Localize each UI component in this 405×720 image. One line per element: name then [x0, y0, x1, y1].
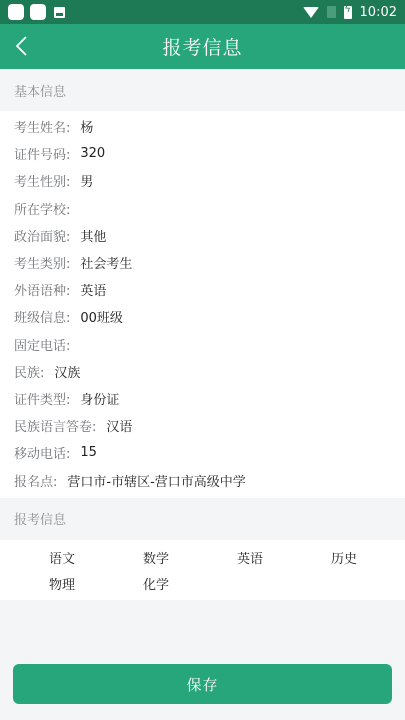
basic-info-card: 考生姓名:杨 证件号码:320 考生性别:男 所在学校: 政治面貌:其他 考生类… [0, 111, 405, 498]
field-row-foreign-language: 外语语种:英语 [0, 276, 405, 303]
basic-info-section-title: 基本信息 [0, 69, 405, 111]
exam-info-section-title: 报考信息 [0, 498, 405, 540]
page-title: 报考信息 [162, 33, 242, 60]
field-label: 报名点: [14, 471, 57, 490]
subject-item: 化学 [143, 574, 237, 594]
field-value: 社会考生 [80, 253, 132, 272]
field-row-registration-site: 报名点:营口市-市辖区-营口市高级中学 [0, 466, 405, 493]
field-row-political-status: 政治面貌:其他 [0, 222, 405, 249]
field-value: 男 [80, 171, 93, 190]
field-label: 外语语种: [14, 280, 70, 299]
field-row-id-type: 证件类型:身份证 [0, 385, 405, 412]
clock: 10:02 [360, 5, 397, 20]
field-label: 班级信息: [14, 307, 70, 326]
back-icon[interactable] [14, 36, 30, 56]
battery-charging-icon [344, 6, 352, 19]
notification-icon [30, 4, 46, 20]
field-value: 汉语 [106, 416, 132, 435]
save-button[interactable]: 保存 [13, 664, 392, 704]
field-value: 营口市-市辖区-营口市高级中学 [67, 471, 245, 490]
field-label: 民族: [14, 362, 44, 381]
no-sim-icon [327, 6, 336, 18]
field-value: 15 [80, 445, 97, 460]
field-row-school: 所在学校: [0, 195, 405, 222]
field-label: 固定电话: [14, 335, 70, 354]
field-row-id-number: 证件号码:320 [0, 140, 405, 167]
field-label: 考生类别: [14, 253, 70, 272]
title-bar: 报考信息 [0, 24, 405, 69]
field-label: 政治面貌: [14, 226, 70, 245]
subject-item: 语文 [49, 548, 143, 568]
image-notification-icon [54, 7, 65, 18]
field-value: 其他 [80, 226, 106, 245]
field-row-answer-language: 民族语言答卷:汉语 [0, 412, 405, 439]
field-value: 杨 [80, 117, 93, 136]
field-value: 00班级 [80, 307, 123, 326]
field-row-mobile: 移动电话:15 [0, 439, 405, 466]
wifi-icon [303, 7, 319, 18]
status-bar: 10:02 [0, 0, 405, 24]
field-value: 320 [80, 146, 105, 161]
field-label: 证件类型: [14, 389, 70, 408]
field-row-ethnicity: 民族:汉族 [0, 358, 405, 385]
field-row-name: 考生姓名:杨 [0, 113, 405, 140]
field-label: 移动电话: [14, 443, 70, 462]
subject-item: 物理 [49, 574, 143, 594]
subject-list: 语文 数学 英语 历史 物理 化学 [0, 540, 405, 600]
field-label: 证件号码: [14, 144, 70, 163]
field-row-landline: 固定电话: [0, 331, 405, 358]
field-value: 英语 [80, 280, 106, 299]
field-label: 考生性别: [14, 171, 70, 190]
field-label: 民族语言答卷: [14, 416, 96, 435]
field-row-category: 考生类别:社会考生 [0, 249, 405, 276]
field-label: 所在学校: [14, 199, 70, 218]
field-value: 汉族 [54, 362, 80, 381]
field-value: 身份证 [80, 389, 119, 408]
subject-item: 英语 [237, 548, 331, 568]
field-label: 考生姓名: [14, 117, 70, 136]
subject-item: 数学 [143, 548, 237, 568]
field-row-gender: 考生性别:男 [0, 167, 405, 194]
notification-icon [8, 4, 24, 20]
subject-item: 历史 [331, 548, 405, 568]
field-row-class: 班级信息:00班级 [0, 303, 405, 330]
